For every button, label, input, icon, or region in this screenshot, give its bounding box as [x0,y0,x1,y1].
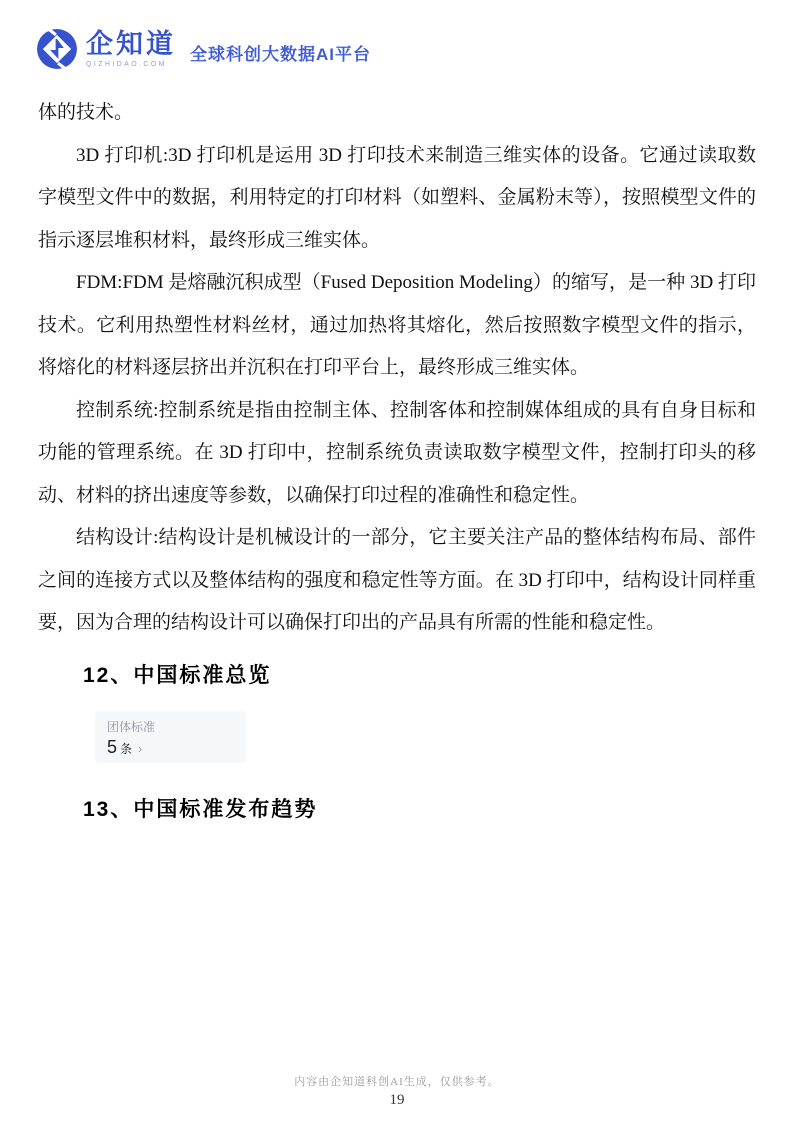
paragraph-control-system: 控制系统:控制系统是指由控制主体、控制客体和控制媒体组成的具有自身目标和功能的管… [38,390,756,518]
document-body: 体的技术。 3D 打印机:3D 打印机是运用 3D 打印技术来制造三维实体的设备… [38,92,756,823]
ai-disclaimer: 内容由企知道科创AI生成，仅供参考。 [0,1073,794,1089]
brand-domain: QIZHIDAO.COM [86,61,176,68]
qizhidao-logo-icon [36,28,78,70]
paragraph-structure-design: 结构设计:结构设计是机械设计的一部分，它主要关注产品的整体结构布局、部件之间的连… [38,517,756,645]
standard-summary-card[interactable]: 团体标准 5 条 › [95,711,246,763]
paragraph-3d-printer: 3D 打印机:3D 打印机是运用 3D 打印技术来制造三维实体的设备。它通过读取… [38,135,756,263]
brand-wordmark-block: 企知道 QIZHIDAO.COM [86,31,176,68]
brand-wordmark: 企知道 [86,31,176,58]
standard-card-label: 团体标准 [107,720,234,734]
brand-tagline: 全球科创大数据AI平台 [190,40,371,65]
header: 企知道 QIZHIDAO.COM 全球科创大数据AI平台 [36,28,371,70]
page: { "brand": { "logo_text": "企知道", "logo_d… [0,0,794,1123]
chevron-right-icon: › [138,742,142,755]
paragraph-fdm: FDM:FDM 是熔融沉积成型（Fused Deposition Modelin… [38,262,756,390]
standard-card-count-row: 5 条 › [107,737,234,758]
page-footer: 内容由企知道科创AI生成，仅供参考。 19 [0,1073,794,1109]
standard-card-count: 5 [107,737,117,758]
paragraph-continuation: 体的技术。 [38,92,756,135]
section-heading-12: 12、中国标准总览 [83,659,756,689]
section-heading-13: 13、中国标准发布趋势 [83,793,756,823]
page-number: 19 [0,1092,794,1109]
standard-card-unit: 条 [120,740,132,757]
